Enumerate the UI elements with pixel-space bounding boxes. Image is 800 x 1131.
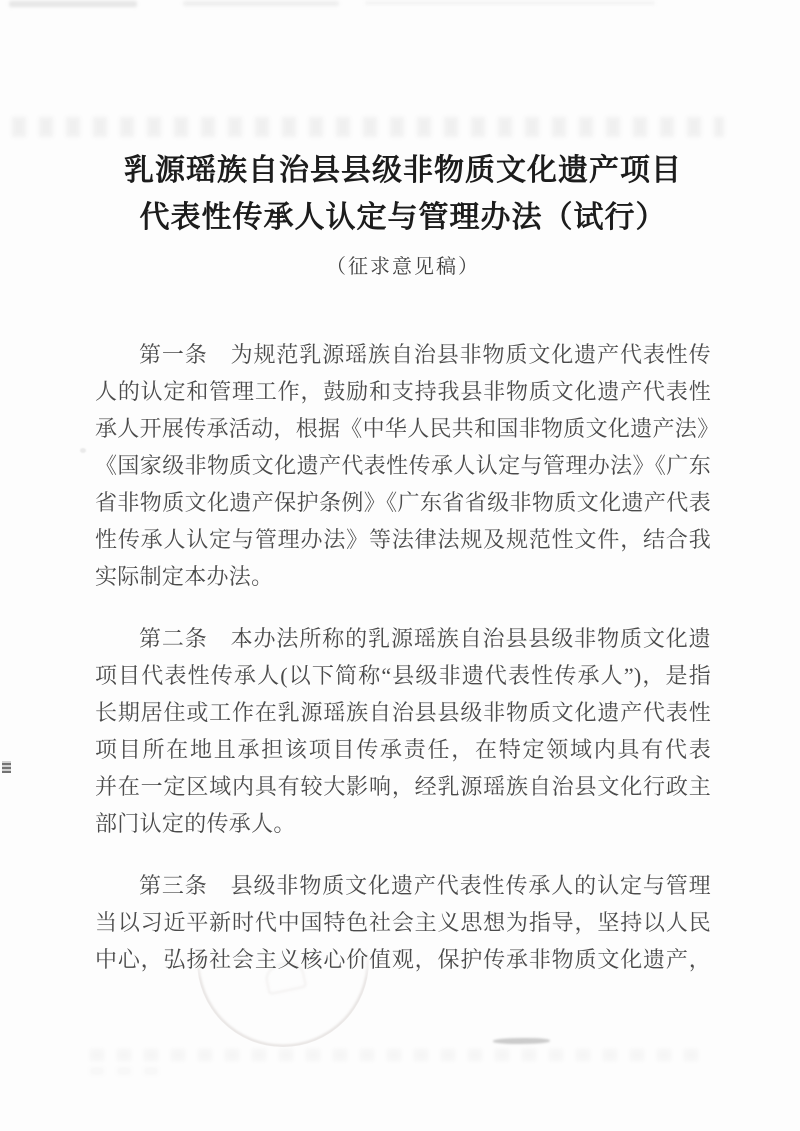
article-2: 第二条 本办法所称的乳源瑶族自治县县级非物质文化遗产 项目代表性传承人(以下简称… [95, 620, 711, 842]
text-line: 省非物质文化遗产保护条例》《广东省省级非物质文化遗产代表 [95, 484, 711, 521]
ghost-mark-bottom [493, 1038, 550, 1044]
text-line: 人的认定和管理工作，鼓励和支持我县非物质文化遗产代表性传 [95, 373, 711, 410]
scan-speck [80, 448, 86, 453]
title-line-2: 代表性传承人认定与管理办法（试行） [95, 194, 711, 241]
text-line: 当以习近平新时代中国特色社会主义思想为指导，坚持以人民为 [95, 904, 711, 941]
text-line: 长期居住或工作在乳源瑶族自治县县级非物质文化遗产代表性 [95, 694, 711, 731]
text-line: 性传承人认定与管理办法》等法律法规及规范性文件，结合我县 [95, 521, 711, 558]
ghost-text-bleedthrough-bottom [90, 1067, 162, 1075]
text-line: 部门认定的传承人。 [95, 805, 711, 842]
article-3: 第三条 县级非物质文化遗产代表性传承人的认定与管理应 当以习近平新时代中国特色社… [95, 867, 711, 978]
text-line: 项目代表性传承人(以下简称“县级非遗代表性传承人”)，是指 [95, 657, 711, 694]
text-line: 中心，弘扬社会主义核心价值观，保护传承非物质文化遗产，推 [95, 941, 711, 978]
scanned-document-page: 乳源瑶族自治县县级非物质文化遗产项目 代表性传承人认定与管理办法（试行） （征求… [0, 0, 800, 1131]
text-line: 第二条 本办法所称的乳源瑶族自治县县级非物质文化遗产 [95, 620, 711, 657]
document-title: 乳源瑶族自治县县级非物质文化遗产项目 代表性传承人认定与管理办法（试行） [95, 147, 711, 241]
text-line: 第三条 县级非物质文化遗产代表性传承人的认定与管理应 [95, 867, 711, 904]
text-line: 承人开展传承活动，根据《中华人民共和国非物质文化遗产法》 [95, 410, 711, 447]
text-line: 实际制定本办法。 [95, 558, 711, 595]
left-edge-scan-mark [2, 761, 11, 773]
text-line: 《国家级非物质文化遗产代表性传承人认定与管理办法》《广东 [95, 447, 711, 484]
title-line-1: 乳源瑶族自治县县级非物质文化遗产项目 [95, 147, 711, 194]
document-body: 第一条 为规范乳源瑶族自治县非物质文化遗产代表性传承 人的认定和管理工作，鼓励和… [95, 336, 711, 978]
text-line: 第一条 为规范乳源瑶族自治县非物质文化遗产代表性传承 [95, 336, 711, 373]
article-1: 第一条 为规范乳源瑶族自治县非物质文化遗产代表性传承 人的认定和管理工作，鼓励和… [95, 336, 711, 595]
text-line: 并在一定区域内具有较大影响，经乳源瑶族自治县文化行政主管 [95, 768, 711, 805]
document-content: 乳源瑶族自治县县级非物质文化遗产项目 代表性传承人认定与管理办法（试行） （征求… [95, 0, 711, 978]
document-subtitle: （征求意见稿） [95, 250, 711, 279]
text-line: 项目所在地且承担该项目传承责任，在特定领域内具有代表性， [95, 731, 711, 768]
ghost-text-bleedthrough-bottom [90, 1049, 702, 1061]
